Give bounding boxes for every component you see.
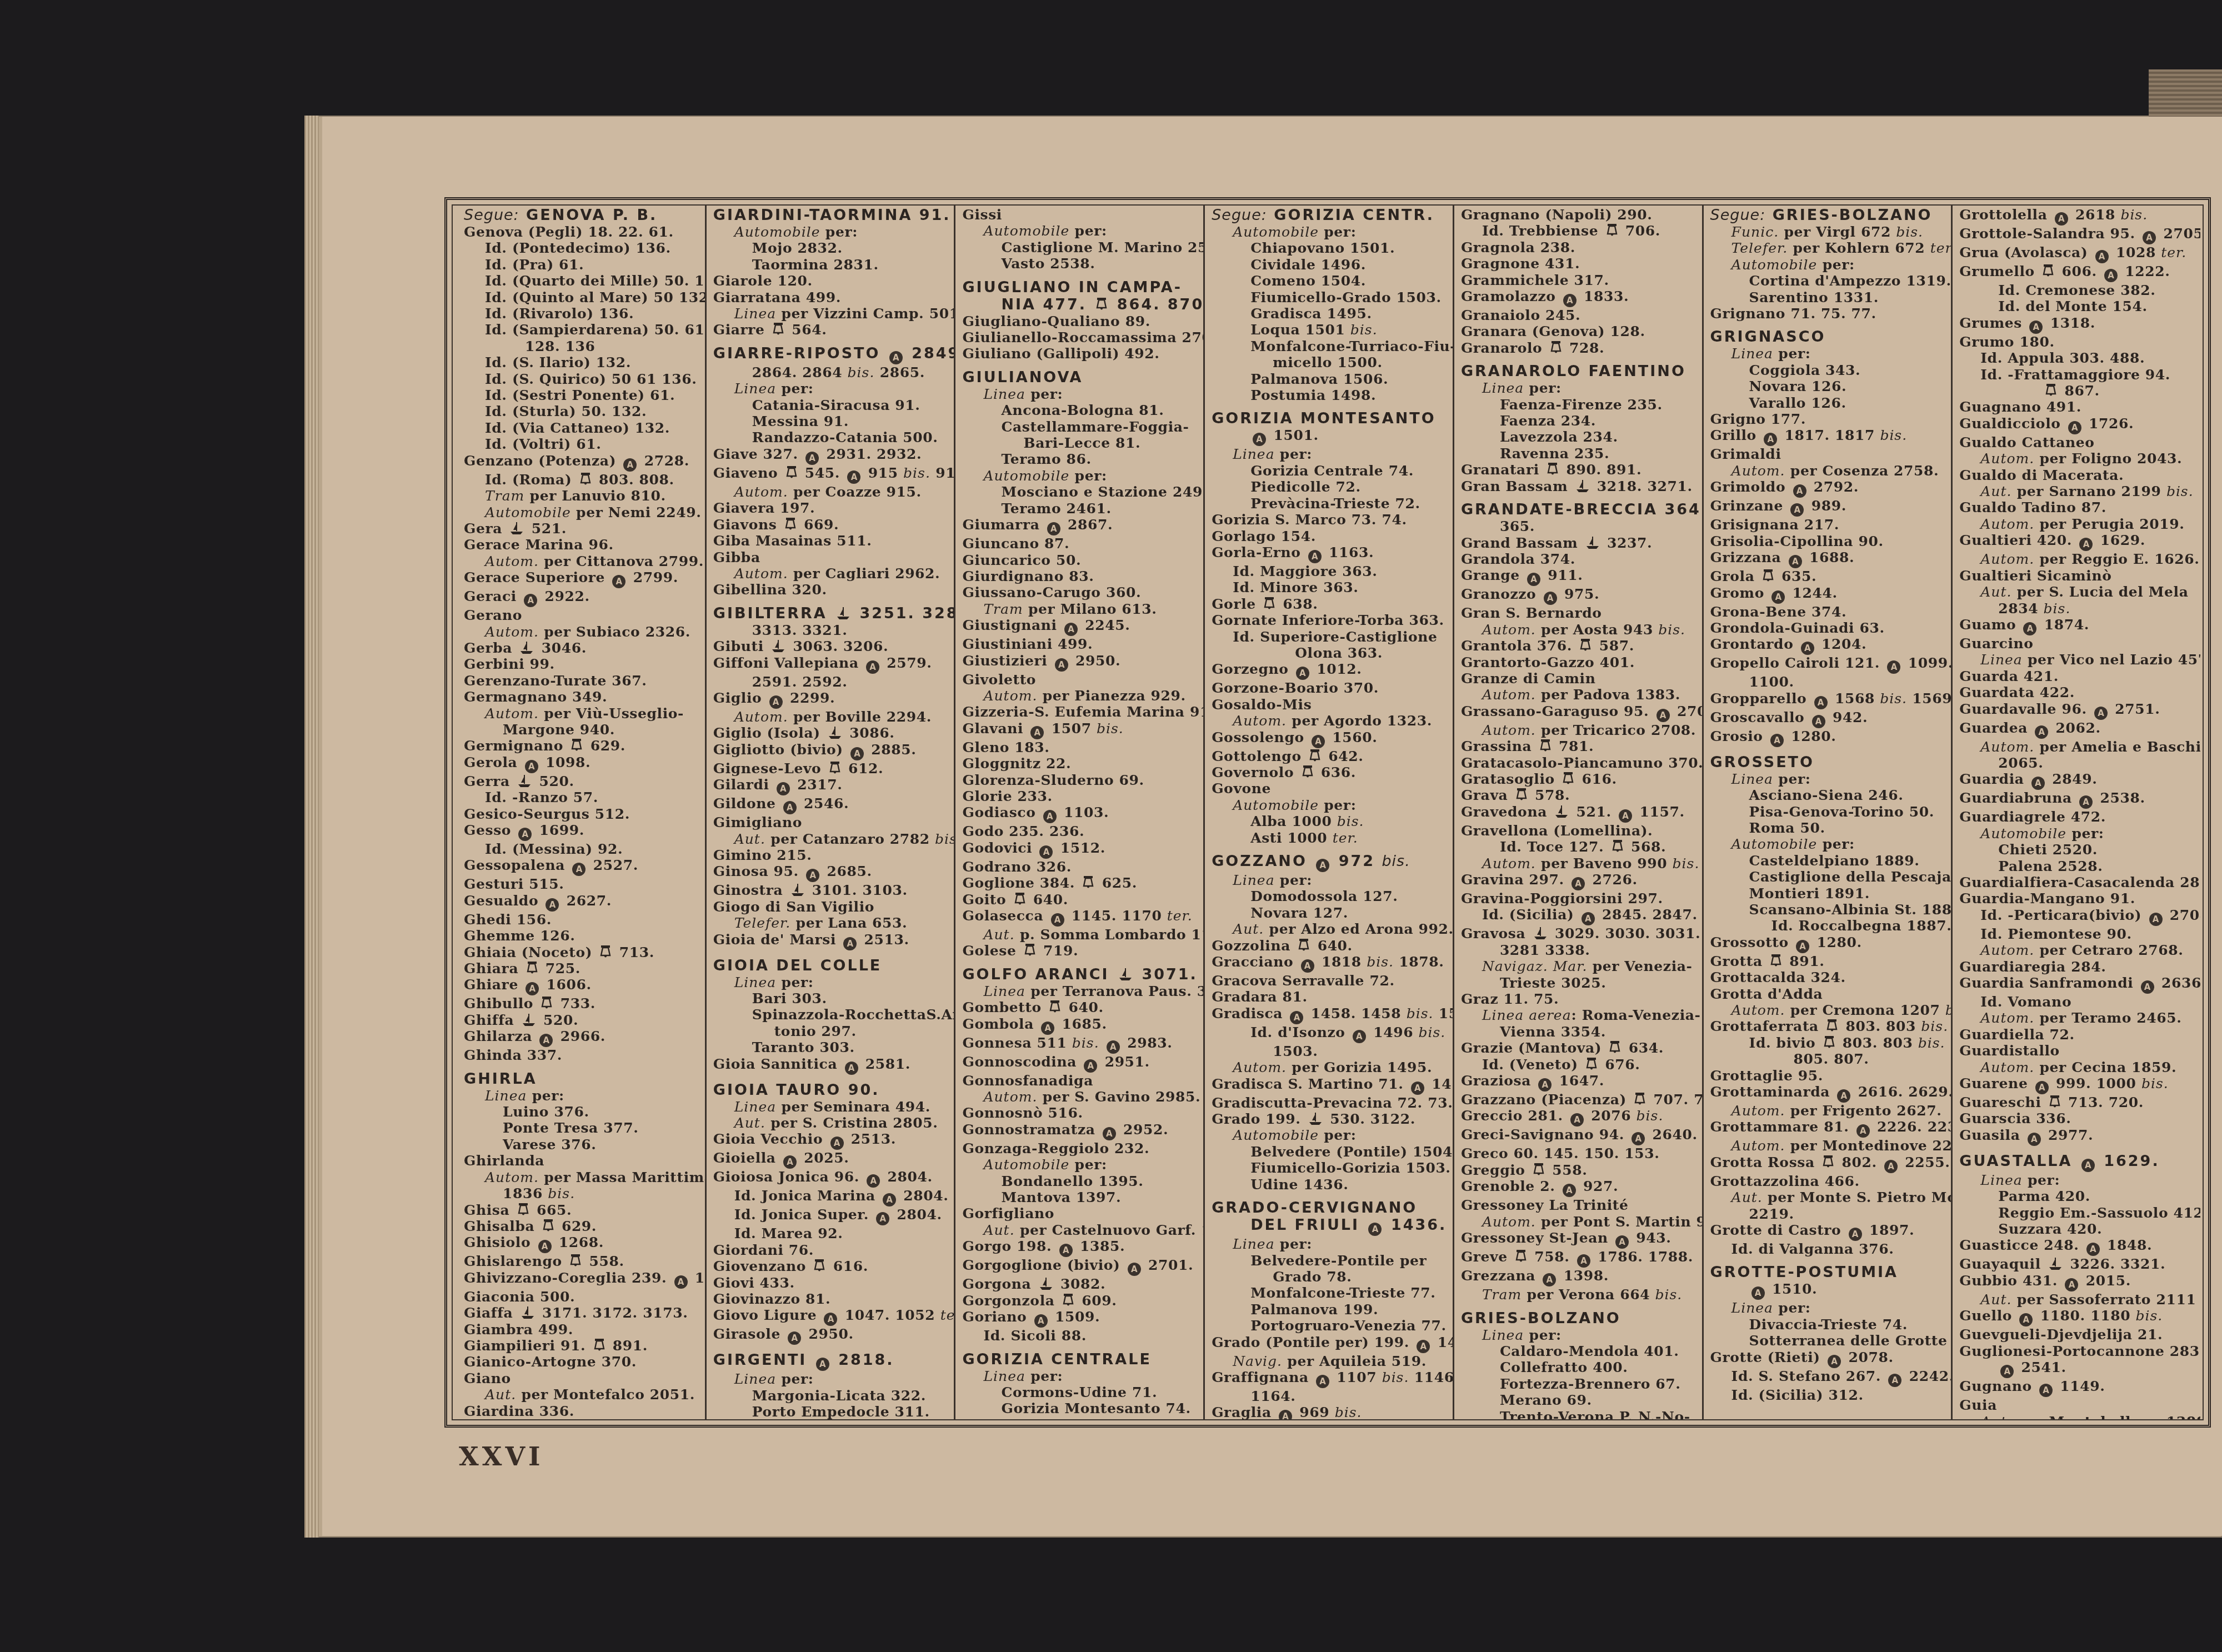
- index-entry-line: Id. (Quinto al Mare) 50 132.: [464, 289, 699, 306]
- italic-qualifier: Autom.: [1980, 1059, 2034, 1075]
- index-entry-line: Autom. per Cagliari 2962.: [713, 565, 949, 582]
- index-entry-line: Montieri 1891.: [1710, 885, 1946, 902]
- index-entry-line: Vienna 3354.: [1461, 1024, 1696, 1040]
- italic-qualifier: Automobile: [1731, 836, 1818, 852]
- tramway-bell-icon: [1612, 839, 1624, 854]
- index-entry-line: Gugnano A 1149.: [1959, 1378, 2195, 1397]
- italic-qualifier: Autom.: [1980, 551, 2034, 567]
- italic-qualifier: Aut.: [1980, 1291, 2011, 1308]
- index-entry-line: Grado (Pontile per) 199. A 1436.: [1212, 1334, 1447, 1353]
- index-entry-line: Grantorto-Gazzo 401.: [1461, 654, 1696, 670]
- automobile-service-icon: A: [2079, 795, 2093, 809]
- italic-qualifier: Automobile: [1980, 825, 2066, 842]
- section-heading: GRADO-CERVIGNANO: [1212, 1199, 1447, 1217]
- index-entry-line: Grinzane A 989.: [1710, 498, 1946, 517]
- index-entry-line: Gravedona 521. A 1157.: [1461, 804, 1696, 823]
- automobile-service-icon: A: [1411, 1082, 1424, 1095]
- automobile-service-icon: A: [824, 1313, 837, 1326]
- index-entry-line: Gioia de' Marsi A 2513.: [713, 932, 949, 950]
- index-entry-line: 3313. 3321.: [713, 622, 949, 638]
- automobile-service-icon: A: [2081, 1159, 2095, 1172]
- italic-qualifier: Aut.: [734, 1115, 765, 1131]
- automobile-service-icon: A: [1544, 592, 1557, 605]
- index-entry-line: Aut. per Sarnano 2199 bis.: [1959, 483, 2195, 499]
- index-entry-line: Id. Superiore-Castiglione: [1212, 629, 1447, 645]
- automobile-service-icon: A: [1751, 1286, 1765, 1300]
- index-entry-line: Guevgueli-Djevdjelija 21.: [1959, 1326, 2195, 1343]
- index-entry-line: Genova (Pegli) 18. 22. 61.: [464, 224, 699, 240]
- index-entry-line: Grassina 781.: [1461, 738, 1696, 754]
- index-entry-line: Glorenza-Sluderno 69.: [962, 772, 1198, 788]
- automobile-service-icon: A: [777, 782, 790, 795]
- index-entry-line: Grigno 177.: [1710, 411, 1946, 427]
- tramway-bell-icon: [2042, 264, 2054, 278]
- automobile-service-icon: A: [843, 937, 857, 950]
- index-entry-line: Gran S. Bernardo: [1461, 605, 1696, 621]
- italic-qualifier: bis.: [2136, 1308, 2163, 1324]
- index-entry-line: Gonnesa 511 bis. A 2983.: [962, 1035, 1198, 1054]
- italic-qualifier: bis.: [1335, 1404, 1362, 1419]
- index-entry-line: Linea per:: [962, 1368, 1198, 1384]
- index-entry-line: Id. Vomano: [1959, 994, 2195, 1010]
- index-entry-line: Giuncarico 50.: [962, 552, 1198, 568]
- index-entry-line: Gradiscutta-Prevacina 72. 73.: [1212, 1095, 1447, 1111]
- index-entry-line: Gressoney St-Jean A 943.: [1461, 1230, 1696, 1249]
- index-columns: Segue: GENOVA P. B.Genova (Pegli) 18. 22…: [457, 206, 2200, 1419]
- tramway-bell-icon: [785, 465, 798, 480]
- index-entry-line: Ghisalba 629.: [464, 1218, 699, 1234]
- index-entry-line: Grisignana 217.: [1710, 517, 1946, 533]
- index-entry-line: Aut. per Catanzaro 2782 bis: [713, 831, 949, 847]
- automobile-service-icon: A: [1543, 1273, 1556, 1286]
- italic-qualifier: bis.: [848, 364, 875, 381]
- index-entry-line: Gornate Inferiore-Torba 363.: [1212, 612, 1447, 628]
- index-entry-line: Granarolo 728.: [1461, 340, 1696, 356]
- index-entry-line: Girasole A 2950.: [713, 1326, 949, 1345]
- index-entry-line: Gioia Sannitica A 2581.: [713, 1056, 949, 1075]
- index-entry-line: Belvedere-Pontile per: [1212, 1253, 1447, 1269]
- index-entry-line: Grassano-Garaguso 95. A 2705.: [1461, 703, 1696, 722]
- index-column-4: Segue: GORIZIA CENTR.Automobile per:Chia…: [1205, 206, 1454, 1419]
- index-entry-line: Giglio A 2299.: [713, 690, 949, 709]
- index-entry-line: Golasecca A 1145. 1170 ter.: [962, 908, 1198, 927]
- index-entry-line: Palmanova 199.: [1212, 1301, 1447, 1318]
- index-entry-line: Germignano 629.: [464, 738, 699, 754]
- automobile-service-icon: A: [1353, 1030, 1366, 1043]
- automobile-service-icon: A: [2068, 421, 2081, 434]
- index-entry-line: Giustizieri A 2950.: [962, 653, 1198, 672]
- index-entry-line: Bari-Lecce 81.: [962, 435, 1198, 451]
- tramway-bell-icon: [2045, 383, 2057, 398]
- automobile-service-icon: A: [1615, 1235, 1629, 1249]
- index-entry-line: Coggiola 343.: [1710, 362, 1946, 378]
- automobile-service-icon: A: [889, 351, 903, 364]
- index-entry-line: Autom. per Gorizia 1495.: [1212, 1059, 1447, 1075]
- index-entry-line: 1503.: [1212, 1043, 1447, 1059]
- index-entry-line: Id. -Perticara(bivio) A 2704: [1959, 907, 2195, 926]
- index-entry-line: Guardiagrele 472.: [1959, 809, 2195, 825]
- index-entry-line: Spinazzola-RocchettaS.An-: [713, 1007, 949, 1023]
- index-entry-line: Giurdignano 83.: [962, 568, 1198, 584]
- index-entry-line: Gonnosfanadiga: [962, 1073, 1198, 1089]
- section-heading: NIA 477. 864. 870.: [962, 296, 1198, 313]
- index-entry-line: Cortina d'Ampezzo 1319.: [1710, 273, 1946, 289]
- italic-qualifier: ter.: [940, 1307, 956, 1323]
- navigation-ship-icon: [522, 1013, 536, 1027]
- automobile-service-icon: A: [1789, 555, 1802, 568]
- index-entry-line: Novara 126.: [1710, 378, 1946, 394]
- italic-qualifier: bis.: [1072, 1035, 1099, 1051]
- italic-qualifier: Linea: [1731, 771, 1773, 787]
- tramway-bell-icon: [1585, 1057, 1598, 1072]
- italic-qualifier: Linea: [1233, 446, 1274, 462]
- italic-qualifier: Linea: [1980, 652, 2022, 668]
- index-entry-line: Aut. per Sassoferrato 2111 bis: [1959, 1291, 2195, 1308]
- italic-qualifier: ter.: [1930, 240, 1953, 256]
- italic-qualifier: bis.: [2141, 1075, 2169, 1092]
- automobile-service-icon: A: [1084, 1059, 1097, 1073]
- automobile-service-icon: A: [1577, 1254, 1590, 1268]
- tramway-bell-icon: [2049, 1095, 2061, 1109]
- automobile-service-icon: A: [769, 695, 783, 709]
- index-entry-line: Gorle 638.: [1212, 596, 1447, 612]
- index-entry-line: Grona-Bene 374.: [1710, 604, 1946, 620]
- index-entry-line: Gragnola 238.: [1461, 239, 1696, 256]
- italic-qualifier: Autom.: [1482, 855, 1536, 872]
- automobile-service-icon: A: [1884, 1160, 1898, 1173]
- index-entry-line: Id. Trebbiense 706.: [1461, 223, 1696, 239]
- tramway-bell-icon: [1515, 788, 1528, 802]
- index-entry-line: Ghivizzano-Coreglia 239. A 1876: [464, 1270, 699, 1289]
- index-entry-line: Gramolazzo A 1833.: [1461, 288, 1696, 307]
- index-entry-line: Autom. per Padova 1383.: [1461, 687, 1696, 703]
- index-entry-line: Guarcino: [1959, 635, 2195, 652]
- index-entry-line: Giovo Ligure A 1047. 1052 ter.: [713, 1307, 949, 1326]
- tramway-bell-icon: [1606, 223, 1618, 238]
- index-entry-line: Gimigliano: [713, 814, 949, 830]
- automobile-service-icon: A: [1814, 696, 1828, 709]
- index-entry-line: Telefer. per Kohlern 672 ter.: [1710, 240, 1946, 256]
- index-column-5: Gragnano (Napoli) 290.Id. Trebbiense 706…: [1454, 206, 1704, 1419]
- tramway-bell-icon: [569, 1254, 582, 1268]
- index-entry-line: Gragnone 431.: [1461, 256, 1696, 272]
- tramway-bell-icon: [542, 1219, 554, 1233]
- italic-qualifier: Segue:: [464, 207, 519, 224]
- index-entry-line: Id. bivio 803. 803 bis.: [1710, 1035, 1946, 1051]
- index-entry-line: Alba 1000 bis.: [1212, 813, 1447, 829]
- index-entry-line: Linea per:: [1461, 380, 1696, 396]
- index-entry-line: Grotta Rossa 802. A 2255.: [1710, 1154, 1946, 1173]
- italic-qualifier: Autom.: [485, 553, 539, 569]
- index-entry-line: Autom. per Cetraro 2768.: [1959, 942, 2195, 958]
- index-entry-line: 2834 bis.: [1959, 600, 2195, 617]
- automobile-service-icon: A: [1279, 1410, 1292, 1419]
- index-entry-line: Parma 420.: [1959, 1188, 2195, 1204]
- index-entry-line: Govone: [1212, 780, 1447, 797]
- index-entry-line: Gubbio 431. A 2015.: [1959, 1273, 2195, 1291]
- automobile-service-icon: A: [867, 1174, 880, 1188]
- index-entry-line: Giave 327. A 2931. 2932.: [713, 446, 949, 465]
- index-entry-line: Godiasco A 1103.: [962, 804, 1198, 823]
- index-entry-line: Grola 635.: [1710, 568, 1946, 584]
- index-entry-line: Caldaro-Mendola 401.: [1461, 1343, 1696, 1359]
- index-entry-line: Automobile per:: [1710, 836, 1946, 852]
- index-entry-line: Porto Empedocle 311.: [713, 1404, 949, 1419]
- automobile-service-icon: A: [845, 1062, 858, 1075]
- index-entry-line: Gressoney La Trinité: [1461, 1197, 1696, 1213]
- section-heading: GIRGENTI A 2818.: [713, 1351, 949, 1371]
- index-entry-line: Linea per:: [1959, 1172, 2195, 1188]
- italic-qualifier: Linea: [983, 386, 1025, 402]
- section-heading: GRIGNASCO: [1710, 328, 1946, 346]
- index-entry-line: Pisa-Genova-Torino 50.: [1710, 804, 1946, 820]
- index-entry-line: Giba Masainas 511.: [713, 533, 949, 549]
- index-entry-line: Linea per:: [713, 1371, 949, 1387]
- automobile-service-icon: A: [539, 1034, 553, 1047]
- italic-qualifier: Autom.: [1731, 1103, 1785, 1119]
- automobile-service-icon: A: [2149, 913, 2163, 926]
- index-entry-line: Greve 758. A 1786. 1788.: [1461, 1249, 1696, 1268]
- italic-qualifier: Aut.: [734, 831, 765, 847]
- automobile-service-icon: A: [2079, 538, 2093, 551]
- index-entry-line: Granara (Genova) 128.: [1461, 323, 1696, 339]
- italic-qualifier: Linea: [983, 1368, 1025, 1384]
- italic-qualifier: ter.: [2161, 244, 2186, 261]
- index-entry-line: Linea per:: [1212, 1236, 1447, 1252]
- index-entry-line: Gualtieri 420. A 1629.: [1959, 532, 2195, 551]
- index-entry-line: Ginosa 95. A 2685.: [713, 863, 949, 882]
- index-entry-line: Sarentino 1331.: [1710, 289, 1946, 306]
- index-entry-line: Gracciano A 1818 bis. 1878.: [1212, 954, 1447, 973]
- automobile-service-icon: A: [806, 869, 819, 882]
- italic-qualifier: Autom.: [1980, 942, 2034, 958]
- index-entry-line: Graz 11. 75.: [1461, 991, 1696, 1007]
- index-entry-line: Giovenzano 616.: [713, 1258, 949, 1274]
- index-entry-line: Grotte (Rieti) A 2078.: [1710, 1349, 1946, 1368]
- index-entry-line: Granaiolo 245.: [1461, 307, 1696, 323]
- italic-qualifier: Telefer.: [734, 915, 791, 931]
- italic-qualifier: Linea: [734, 306, 776, 322]
- index-entry-line: Golese 719.: [962, 943, 1198, 959]
- index-entry-line: Automobile per:: [1212, 1127, 1447, 1143]
- tramway-bell-icon: [813, 1259, 825, 1273]
- index-entry-line: 1100.: [1710, 674, 1946, 690]
- automobile-service-icon: A: [1849, 1228, 1862, 1241]
- automobile-service-icon: A: [1570, 1113, 1584, 1127]
- index-entry-line: Giaconia 500.: [464, 1289, 699, 1305]
- index-entry-line: Giuncano 87.: [962, 535, 1198, 552]
- index-entry-line: Id. Piemontese 90.: [1959, 926, 2195, 942]
- tramway-bell-icon: [1263, 597, 1275, 611]
- index-entry-line: Grimoldo A 2792.: [1710, 479, 1946, 498]
- index-entry-line: Gorzegno A 1012.: [1212, 661, 1447, 680]
- index-entry-line: Gonnostramatza A 2952.: [962, 1122, 1198, 1140]
- index-entry-line: Linea per:: [1710, 1300, 1946, 1316]
- index-entry-line: Faenza 234.: [1461, 413, 1696, 429]
- index-entry-line: Guardialfiera-Casacalenda 283.: [1959, 874, 2195, 890]
- index-entry-line: Luino 376.: [464, 1104, 699, 1120]
- automobile-service-icon: A: [850, 747, 864, 760]
- tramway-bell-icon: [517, 1203, 529, 1217]
- index-entry-line: Giussano-Carugo 360.: [962, 584, 1198, 600]
- index-entry-line: Gravellona (Lomellina).: [1461, 823, 1696, 839]
- automobile-service-icon: A: [2086, 1243, 2100, 1256]
- index-entry-line: micello 1500.: [1212, 354, 1447, 371]
- index-entry-line: Gravina 297. A 2726.: [1461, 872, 1696, 890]
- index-entry-line: Linea per Terranova Paus. 330.: [962, 983, 1198, 999]
- automobile-service-icon: A: [805, 452, 819, 465]
- automobile-service-icon: A: [1856, 1124, 1870, 1138]
- index-entry-line: Greco 60. 145. 150. 153.: [1461, 1145, 1696, 1162]
- tramway-bell-icon: [526, 961, 538, 975]
- automobile-service-icon: A: [1801, 642, 1814, 655]
- index-entry-line: Id. (S. Quirico) 50 61 136.: [464, 371, 699, 387]
- automobile-service-icon: A: [1796, 940, 1809, 953]
- italic-qualifier: Linea aerea: [1482, 1007, 1572, 1023]
- italic-qualifier: bis.: [1918, 1035, 1945, 1051]
- index-entry-line: Autom. per S. Gavino 2985.: [962, 1089, 1198, 1105]
- italic-qualifier: bis.: [1382, 853, 1410, 870]
- index-entry-line: Grottaglie 95.: [1710, 1068, 1946, 1084]
- automobile-service-icon: A: [1527, 573, 1540, 586]
- index-entry-line: Ghiare A 1606.: [464, 977, 699, 995]
- index-entry-line: Giambra 499.: [464, 1321, 699, 1338]
- automobile-service-icon: A: [1128, 1263, 1141, 1276]
- italic-qualifier: Aut.: [983, 927, 1014, 943]
- italic-qualifier: Automobile: [983, 468, 1069, 484]
- italic-qualifier: Automobile: [485, 504, 571, 520]
- index-entry-line: Granozzo A 975.: [1461, 586, 1696, 605]
- automobile-service-icon: A: [1043, 810, 1057, 823]
- section-heading: GIOIA TAURO 90.: [713, 1082, 949, 1099]
- index-entry-line: Roma 50.: [1710, 820, 1946, 836]
- index-entry-line: Id. Sicoli 88.: [962, 1328, 1198, 1344]
- index-entry-line: Fortezza-Brennero 67.: [1461, 1376, 1696, 1392]
- index-entry-line: Mojo 2832.: [713, 240, 949, 256]
- index-entry-line: Guamo A 1874.: [1959, 617, 2195, 635]
- index-entry-line: Id. di Valganna 376.: [1710, 1241, 1946, 1257]
- italic-qualifier: Aut.: [485, 1386, 516, 1403]
- index-entry-line: Guglionesi-Portocannone 283.: [1959, 1343, 2195, 1359]
- italic-qualifier: bis.: [2044, 600, 2071, 617]
- index-entry-line: Bari 303.: [713, 990, 949, 1007]
- index-entry-line: Gragnano (Napoli) 290.: [1461, 207, 1696, 223]
- index-entry-line: Linea per:: [1212, 872, 1447, 888]
- index-entry-line: Bondanello 1395.: [962, 1173, 1198, 1189]
- index-entry-line: Palmanova 1506.: [1212, 371, 1447, 387]
- navigation-ship-icon: [1039, 1276, 1053, 1291]
- index-entry-line: Catania-Siracusa 91.: [713, 397, 949, 413]
- index-entry-line: Olona 363.: [1212, 645, 1447, 661]
- section-heading: GRANDATE-BRECCIA 364.: [1461, 501, 1696, 518]
- index-entry-line: Linea per:: [1212, 446, 1447, 462]
- index-entry-line: Id. -Ranzo 57.: [464, 789, 699, 805]
- italic-qualifier: Autom.: [1482, 622, 1536, 638]
- index-entry-line: Ghirlanda: [464, 1153, 699, 1169]
- section-heading: Segue: GORIZIA CENTR.: [1212, 207, 1447, 224]
- automobile-service-icon: A: [1582, 912, 1595, 925]
- tramway-bell-icon: [1579, 638, 1592, 653]
- index-entry-line: Giardina 336.: [464, 1403, 699, 1419]
- section-heading: GROSSETO: [1710, 754, 1946, 771]
- index-entry-line: Automobile per:: [962, 1157, 1198, 1173]
- index-entry-line: Grotta d'Adda: [1710, 986, 1946, 1002]
- italic-qualifier: Linea: [1482, 1327, 1524, 1343]
- index-entry-line: Gimino 215.: [713, 847, 949, 863]
- index-entry-line: 1164.: [1212, 1388, 1447, 1404]
- index-entry-line: Geraci A 2922.: [464, 588, 699, 607]
- index-entry-line: Id. (Sturla) 50. 132.: [464, 403, 699, 419]
- automobile-service-icon: A: [1312, 735, 1325, 748]
- navigation-ship-icon: [836, 606, 850, 620]
- index-entry-line: Givoletto: [962, 672, 1198, 688]
- index-entry-line: Grottammare 81. A 2226. 2231.: [1710, 1119, 1946, 1138]
- index-entry-line: Gigliotto (bivio) A 2885.: [713, 742, 949, 760]
- index-entry-line: Gibellina 320.: [713, 582, 949, 598]
- index-entry-line: Id. Roccalbegna 1887.: [1710, 918, 1946, 934]
- index-entry-line: Ghisa 665.: [464, 1202, 699, 1218]
- index-entry-line: Gran Bassam 3218. 3271.: [1461, 478, 1696, 494]
- automobile-service-icon: A: [2065, 1278, 2078, 1291]
- italic-qualifier: bis.: [1637, 1108, 1664, 1124]
- italic-qualifier: Automobile: [1233, 1127, 1319, 1143]
- italic-qualifier: Tram: [1482, 1286, 1522, 1303]
- index-entry-line: Castiglione M. Marino 2538: [962, 239, 1198, 256]
- section-heading: GIARDINI-TAORMINA 91.: [713, 207, 949, 224]
- index-entry-line: Gozzolina 640.: [1212, 938, 1447, 954]
- tramway-bell-icon: [1309, 749, 1321, 763]
- automobile-service-icon: A: [1368, 1223, 1382, 1236]
- index-entry-line: Ghiara 725.: [464, 960, 699, 977]
- index-entry-line: Automobile per:: [1212, 224, 1447, 240]
- automobile-service-icon: A: [1290, 1011, 1303, 1024]
- index-entry-line: Automobile per:: [962, 468, 1198, 484]
- italic-qualifier: Autom.: [485, 624, 539, 640]
- index-entry-line: Guello A 1180. 1180 bis.: [1959, 1308, 2195, 1326]
- index-entry-line: Monfalcone-Turriaco-Fiu-: [1212, 338, 1447, 354]
- index-entry-line: Suzzara 420.: [1959, 1221, 2195, 1237]
- italic-qualifier: Linea: [734, 381, 776, 397]
- index-entry-line: Glavani A 1507 bis.: [962, 720, 1198, 739]
- index-entry-line: Automobile per:: [1212, 797, 1447, 813]
- index-entry-line: Grillo A 1817. 1817 bis.: [1710, 427, 1946, 446]
- index-entry-line: Gesturi 515.: [464, 876, 699, 892]
- index-entry-line: Gorgo 198. A 1385.: [962, 1238, 1198, 1257]
- index-entry-line: Gignese-Levo 612.: [713, 760, 949, 777]
- index-entry-line: Gromo A 1244.: [1710, 585, 1946, 604]
- index-entry-line: Cormons-Udine 71.: [962, 1384, 1198, 1400]
- index-entry-line: 867.: [1959, 383, 2195, 399]
- index-entry-line: Tram per Milano 613.: [962, 601, 1198, 617]
- index-entry-line: Gerano: [464, 607, 699, 623]
- index-entry-line: 3281 3338.: [1461, 942, 1696, 958]
- index-column-1: Segue: GENOVA P. B.Genova (Pegli) 18. 22…: [457, 206, 707, 1419]
- automobile-service-icon: A: [1619, 809, 1632, 823]
- index-entry-line: Aut. per Montebelluna 1388.: [1959, 1414, 2195, 1420]
- index-entry-line: Tram per Lanuvio 810.: [464, 488, 699, 504]
- index-entry-line: Gossolengo A 1560.: [1212, 729, 1447, 748]
- index-entry-line: Id. (Rivarolo) 136.: [464, 306, 699, 322]
- index-entry-line: Automobile per:: [962, 223, 1198, 239]
- automobile-service-icon: A: [2039, 1384, 2053, 1397]
- index-entry-line: Autom. per Teramo 2465.: [1959, 1010, 2195, 1026]
- index-table-frame: Segue: GENOVA P. B.Genova (Pegli) 18. 22…: [444, 197, 2211, 1428]
- index-entry-line: Giarre 564.: [713, 322, 949, 338]
- index-entry-line: Grezzana A 1398.: [1461, 1268, 1696, 1286]
- index-entry-line: Guardistallo: [1959, 1043, 2195, 1059]
- italic-qualifier: bis.: [1655, 1286, 1683, 1303]
- navigation-ship-icon: [509, 521, 524, 535]
